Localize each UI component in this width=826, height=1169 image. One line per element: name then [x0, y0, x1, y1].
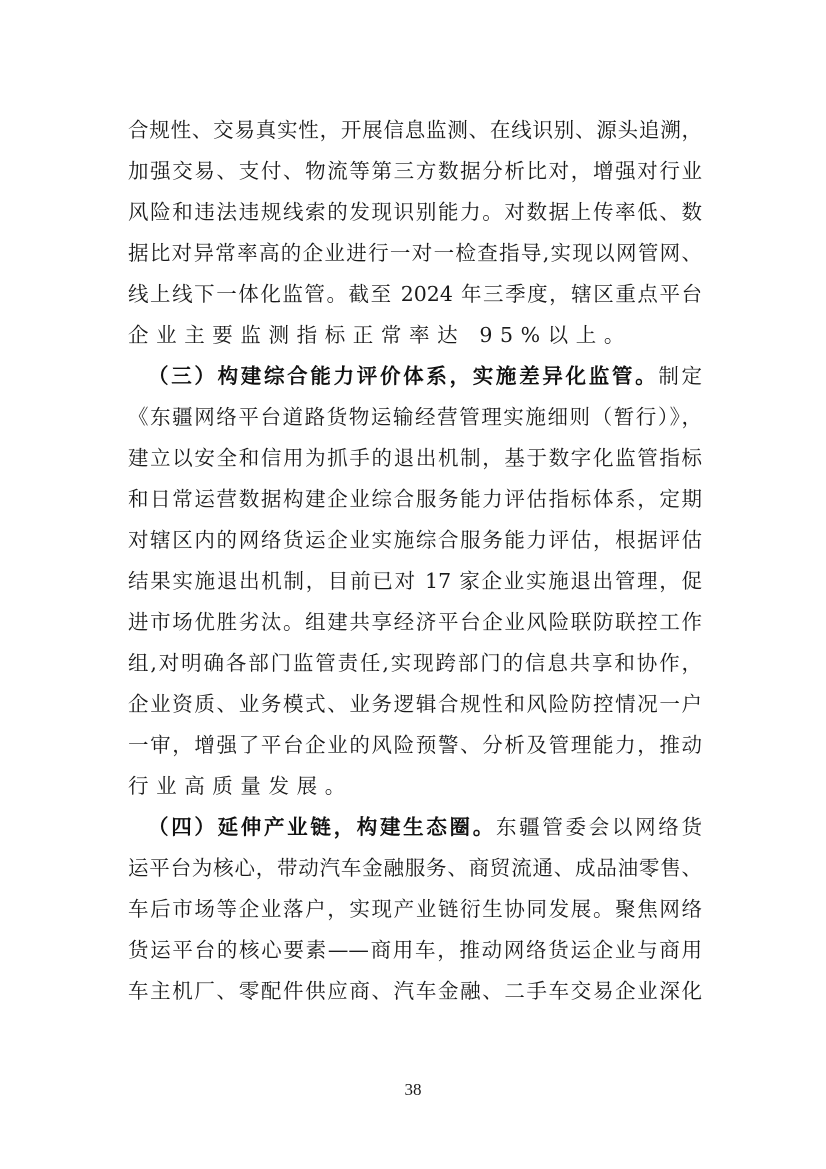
text-line: 结果实施退出机制，目前已对 17 家企业实施退出管理，促 [128, 561, 702, 602]
text-line: 运平台为核心，带动汽车金融服务、商贸流通、成品油零售、 [128, 848, 702, 889]
text-line: 和日常运营数据构建企业综合服务能力评估指标体系，定期 [128, 479, 702, 520]
heading-line-rest: 制定 [658, 364, 702, 388]
paragraph-section-4: （四）延伸产业链，构建生态圈。东疆管委会以网络货 运平台为核心，带动汽车金融服务… [128, 807, 702, 1012]
paragraph-section-3: （三）构建综合能力评价体系，实施差异化监管。制定 《东疆网络平台道路货物运输经营… [128, 356, 702, 807]
text-line: 对辖区内的网络货运企业实施综合服务能力评估，根据评估 [128, 520, 702, 561]
text-line: 行业高质量发展。 [128, 766, 702, 807]
text-line: 一审，增强了平台企业的风险预警、分析及管理能力，推动 [128, 725, 702, 766]
text-line: 风险和违法违规线索的发现识别能力。对数据上传率低、数 [128, 192, 702, 233]
text-line: 建立以安全和信用为抓手的退出机制，基于数字化监管指标 [128, 438, 702, 479]
paragraph-continued: 合规性、交易真实性，开展信息监测、在线识别、源头追溯， 加强交易、支付、物流等第… [128, 110, 702, 356]
text-line: 车后市场等企业落户，实现产业链衍生协同发展。聚焦网络 [128, 889, 702, 930]
text-line: 加强交易、支付、物流等第三方数据分析比对，增强对行业 [128, 151, 702, 192]
text-line: 据比对异常率高的企业进行一对一检查指导,实现以网管网、 [128, 233, 702, 274]
section-heading-line: （三）构建综合能力评价体系，实施差异化监管。制定 [128, 356, 702, 397]
document-body: 合规性、交易真实性，开展信息监测、在线识别、源头追溯， 加强交易、支付、物流等第… [128, 110, 702, 1012]
section-heading: （四）延伸产业链，构建生态圈。 [148, 815, 496, 839]
text-line: 货运平台的核心要素——商用车，推动网络货运企业与商用 [128, 930, 702, 971]
text-line: 进市场优胜劣汰。组建共享经济平台企业风险联防联控工作 [128, 602, 702, 643]
text-line: 组,对明确各部门监管责任,实现跨部门的信息共享和协作， [128, 643, 702, 684]
text-line: 企业资质、业务模式、业务逻辑合规性和风险防控情况一户 [128, 684, 702, 725]
document-page: 合规性、交易真实性，开展信息监测、在线识别、源头追溯， 加强交易、支付、物流等第… [0, 0, 826, 1169]
page-number: 38 [0, 1080, 826, 1100]
heading-line-rest: 东疆管委会以网络货 [496, 815, 702, 839]
section-heading: （三）构建综合能力评价体系，实施差异化监管。 [148, 364, 658, 388]
text-line: 《东疆网络平台道路货物运输经营管理实施细则（暂行）》， [128, 397, 702, 438]
section-heading-line: （四）延伸产业链，构建生态圈。东疆管委会以网络货 [128, 807, 702, 848]
text-line: 车主机厂、零配件供应商、汽车金融、二手车交易企业深化 [128, 971, 702, 1012]
text-line: 线上线下一体化监管。截至 2024 年三季度，辖区重点平台 [128, 274, 702, 315]
text-line: 合规性、交易真实性，开展信息监测、在线识别、源头追溯， [128, 110, 702, 151]
text-line: 企业主要监测指标正常率达 95%以上。 [128, 315, 702, 356]
